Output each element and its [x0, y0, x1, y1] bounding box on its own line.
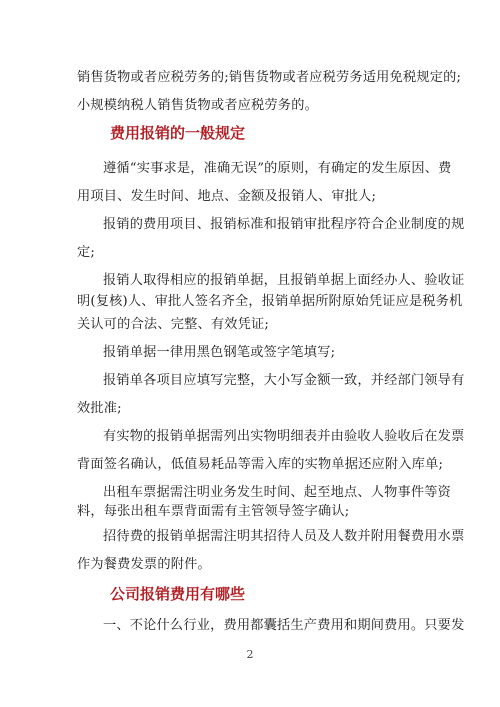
- body-text-line: 报销人取得相应的报销单据，且报销单据上面经办人、验收证: [103, 269, 464, 288]
- body-text-line: 报销的费用项目、报销标准和报销审批程序符合企业制度的规: [103, 213, 464, 232]
- body-text-line: 小规模纳税人销售货物或者应税劳务的。: [77, 94, 318, 113]
- section-heading: 公司报销费用有哪些: [110, 583, 245, 604]
- body-text-line: 出租车票据需注明业务发生时间、起至地点、人物事件等资: [103, 481, 451, 500]
- page-number: 2: [0, 648, 500, 661]
- body-text-line: 销售货物或者应税劳务的;销售货物或者应税劳务适用免税规定的;: [77, 66, 461, 85]
- body-text-line: 遵循“实事求是，准确无误”的原则，有确定的发生原因、费: [103, 157, 452, 176]
- body-text-line: 报销单各项目应填写完整，大小写金额一致，并经部门领导有: [103, 369, 464, 388]
- body-text-line: 有实物的报销单据需列出实物明细表并由验收人验收后在发票: [103, 425, 464, 444]
- body-text-line: 明(复核)人、审批人签名齐全，报销单据所附原始凭证应是税务机: [77, 290, 463, 309]
- body-text-line: 作为餐费发票的附件。: [77, 553, 211, 572]
- section-heading: 费用报销的一般规定: [110, 122, 245, 143]
- body-text-line: 报销单据一律用黑色钢笔或签字笔填写;: [103, 341, 335, 360]
- body-text-line: 效批准;: [77, 397, 122, 416]
- body-text-line: 背面签名确认，低值易耗品等需入库的实物单据还应附入库单;: [77, 453, 443, 472]
- body-text-line: 一、不论什么行业，费用都囊括生产费用和期间费用。只要发: [103, 614, 464, 633]
- body-text-line: 关认可的合法、完整、有效凭证;: [77, 313, 269, 332]
- body-text-line: 用项目、发生时间、地点、金额及报销人、审批人;: [77, 185, 376, 204]
- body-text-line: 招待费的报销单据需注明其招待人员及人数并附用餐费用水票: [103, 525, 464, 544]
- document-page: 销售货物或者应税劳务的;销售货物或者应税劳务适用免税规定的; 小规模纳税人销售货…: [0, 0, 500, 707]
- body-text-line: 料，每张出租车票背面需有主管领导签字确认;: [77, 500, 349, 519]
- body-text-line: 定;: [77, 241, 95, 260]
